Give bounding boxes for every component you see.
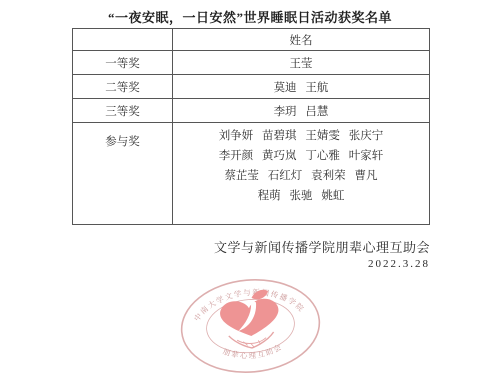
table-header-row: 姓名 [73,29,430,51]
name-header-cell: 姓名 [173,29,430,51]
participation-line: 李开颜 黄巧岚 丁心雅 叶家轩 [173,146,429,166]
organization-seal: 中南大学文学与新闻传播学院 朋辈心理互助会 [178,278,323,374]
seal-bottom-text: 朋辈心理互助会 [221,341,285,363]
document-page: “一夜安眠，一日安然”世界睡眠日活动获奖名单 姓名 一等奖 王莹 二等奖 莫迪 … [0,0,500,375]
award-type-header-cell [73,29,173,51]
date-text: 2022.3.28 [72,258,430,270]
participation-name-lines: 刘争妍 苗碧琪 王婧雯 张庆宁 李开颜 黄巧岚 丁心雅 叶家轩 蔡芷莹 石红灯 … [173,123,429,206]
award-label-third-prize: 三等奖 [73,99,173,123]
organization-signature: 文学与新闻传播学院朋辈心理互助会 [72,237,430,256]
participation-line: 程萌 张驰 姚虹 [173,186,429,206]
award-label-first-prize: 一等奖 [73,51,173,75]
participation-line: 蔡芷莹 石红灯 袁利荣 曹凡 [173,166,429,186]
award-label-second-prize: 二等奖 [73,75,173,99]
page-title: “一夜安眠，一日安然”世界睡眠日活动获奖名单 [0,7,500,26]
winners-second-prize: 莫迪 王航 [173,75,430,99]
winners-third-prize: 李玥 吕慧 [173,99,430,123]
table-row: 二等奖 莫迪 王航 [73,75,430,99]
award-label-participation: 参与奖 [73,123,173,225]
participation-line: 刘争妍 苗碧琪 王婧雯 张庆宁 [173,126,429,146]
winners-first-prize: 王莹 [173,51,430,75]
hands-icon [237,338,266,345]
table-row: 参与奖 刘争妍 苗碧琪 王婧雯 张庆宁 李开颜 黄巧岚 丁心雅 叶家轩 蔡芷莹 … [73,123,430,225]
table-row: 三等奖 李玥 吕慧 [73,99,430,123]
table-row: 一等奖 王莹 [73,51,430,75]
winners-participation: 刘争妍 苗碧琪 王婧雯 张庆宁 李开颜 黄巧岚 丁心雅 叶家轩 蔡芷莹 石红灯 … [173,123,430,225]
award-table: 姓名 一等奖 王莹 二等奖 莫迪 王航 三等奖 李玥 吕慧 参与奖 刘争妍 苗碧… [72,28,430,225]
